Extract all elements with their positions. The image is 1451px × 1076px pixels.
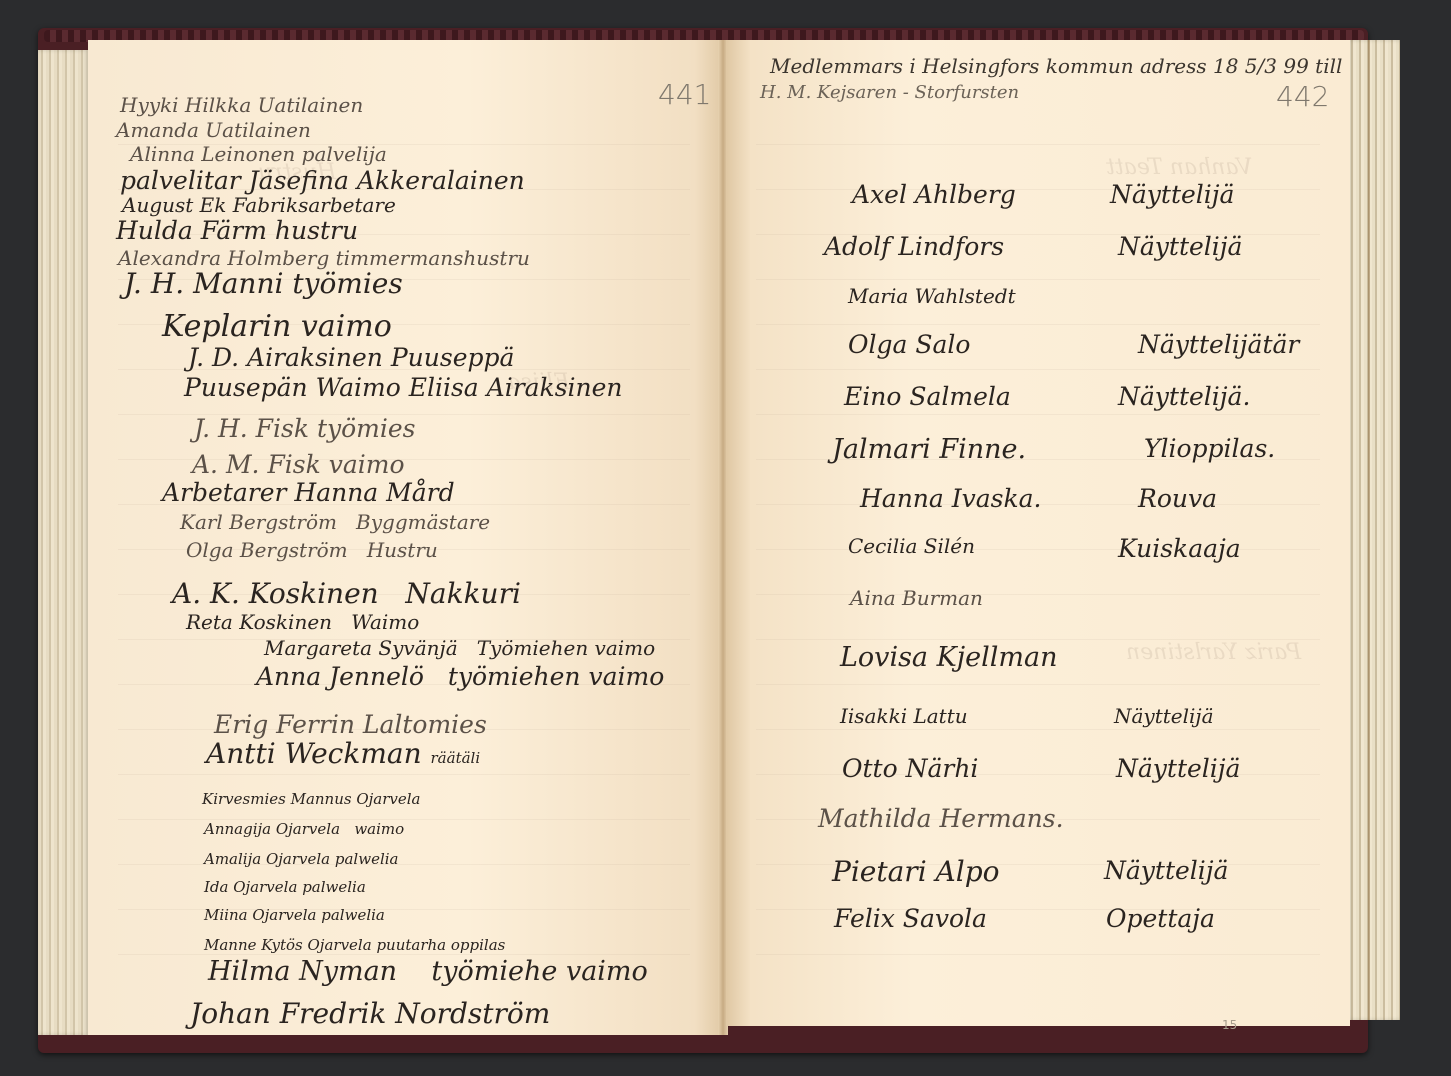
entry-line: Olga Bergström Hustru	[186, 540, 438, 560]
entry-line: Miina Ojarvela palwelia	[204, 908, 385, 923]
entry-line: Hyyki Hilkka Uatilainen	[120, 95, 363, 115]
entry-occupation: Näyttelijätär	[1138, 332, 1299, 357]
entry-name: Aina Burman	[850, 588, 983, 608]
entry-name: Adolf Lindfors	[824, 234, 1004, 259]
entry-occupation: Näyttelijä	[1110, 182, 1234, 207]
entry-occupation: Näyttelijä	[1116, 756, 1240, 781]
entry-line: Annagija Ojarvela waimo	[204, 822, 404, 837]
entry-occupation: Rouva	[1138, 486, 1217, 511]
entry-name: Jalmari Finne.	[832, 436, 1026, 463]
entry-occupation: Näyttelijä.	[1118, 384, 1250, 409]
entry-name: Lovisa Kjellman	[840, 644, 1058, 671]
page-number: 442	[1276, 80, 1329, 113]
entry-line: J. H. Fisk työmies	[194, 416, 416, 441]
entry-line: Karl Bergström Byggmästare	[180, 512, 490, 532]
entry-line: Manne Kytös Ojarvela puutarha oppilas	[204, 938, 505, 953]
entry-line: Amanda Uatilainen	[116, 120, 311, 140]
entry-line: A. K. Koskinen Nakkuri	[172, 580, 521, 608]
entry-name: Maria Wahlstedt	[848, 286, 1016, 306]
entry-line: Keplarin vaimo	[162, 312, 392, 342]
entry-name: Axel Ahlberg	[852, 182, 1016, 207]
entry-name: Hanna Ivaska.	[860, 486, 1042, 511]
entry-name: Olga Salo	[848, 332, 970, 357]
entry-line: A. M. Fisk vaimo	[192, 452, 405, 477]
entry-occupation: Ylioppilas.	[1144, 436, 1275, 461]
entry-line: J. H. Manni työmies	[124, 270, 403, 298]
entry-line: Hilma Nyman työmiehe vaimo	[208, 958, 648, 985]
entry-line: Erig Ferrin Laltomies	[214, 712, 487, 737]
entry-line: Margareta Syvänjä Työmiehen vaimo	[264, 638, 655, 658]
entry-name: Felix Savola	[834, 906, 987, 931]
entry-occupation: Näyttelijä	[1114, 706, 1214, 726]
page-header-line-2: H. M. Kejsaren - Storfursten	[760, 82, 1019, 103]
right-page-block-edge	[1348, 40, 1400, 1020]
left-page: Hustru Eliisa 441 Hyyki Hilkka Uatilaine…	[88, 40, 720, 1035]
page-number: 441	[658, 78, 711, 111]
pencil-note: 15	[1222, 1018, 1237, 1032]
entry-line: Kirvesmies Mannus Ojarvela	[202, 792, 421, 807]
entry-line: Puusepän Waimo Eliisa Airaksinen	[184, 375, 623, 400]
entry-line: Alexandra Holmberg timmermanshustru	[118, 248, 530, 268]
entry-line: Reta Koskinen Waimo	[186, 612, 419, 632]
entry-line: Alinna Leinonen palvelija	[130, 144, 387, 164]
entry-line: Ida Ojarvela palwelia	[204, 880, 366, 895]
entry-occupation: Näyttelijä	[1104, 858, 1228, 883]
page-header-line-1: Medlemmars i Helsingfors kommun adress 1…	[770, 54, 1342, 78]
entry-line: August Ek Fabriksarbetare	[122, 195, 396, 215]
entry-line: Antti Weckman räätäli	[206, 740, 480, 768]
entry-name: Otto Närhi	[842, 756, 978, 781]
entry-name: Iisakki Lattu	[840, 706, 968, 726]
entry-name: Cecilia Silén	[848, 536, 975, 556]
right-page: Vanhan Teatt Pariz Yarlstinen Medlemmars…	[726, 40, 1350, 1026]
entry-name: Mathilda Hermans.	[818, 806, 1064, 831]
entry-name: Pietari Alpo	[832, 858, 1000, 886]
entry-line: Johan Fredrik Nordström	[190, 1000, 550, 1028]
bleed-through-text: Pariz Yarlstinen	[1126, 640, 1301, 665]
entry-occupation: Opettaja	[1106, 906, 1215, 931]
entry-line: Arbetarer Hanna Mård	[162, 480, 455, 505]
entry-occupation: Näyttelijä	[1118, 234, 1242, 259]
entry-line: Amalija Ojarvela palwelia	[204, 852, 399, 867]
bleed-through-text: Vanhan Teatt	[1106, 155, 1252, 180]
entry-occupation: Kuiskaaja	[1118, 536, 1241, 561]
entry-line: Anna Jennelö työmiehen vaimo	[256, 664, 664, 689]
entry-line: Hulda Färm hustru	[116, 218, 358, 243]
left-page-block-edge	[38, 50, 88, 1035]
entry-line: palvelitar Jäsefina Akkeralainen	[120, 168, 525, 193]
entry-name: Eino Salmela	[844, 384, 1011, 409]
entry-line: J. D. Airaksinen Puuseppä	[188, 345, 514, 370]
